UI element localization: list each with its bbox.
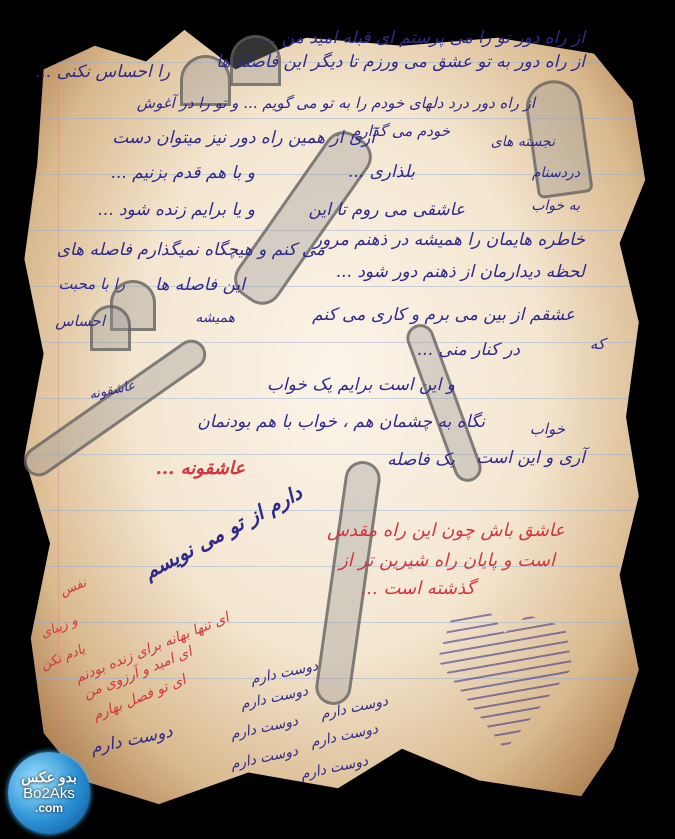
line-4: از راه دور درد دلهای خودم را به تو می گو… [137,94,535,112]
line-20: همیشه [195,310,235,326]
line-16: این فاصله ها [155,275,245,295]
line-26: خواب [530,420,565,438]
line-25: و این است برایم یک خواب [267,375,455,395]
watermark-persian: بدو عکس [21,770,77,785]
line-23: در کنار منی ... [417,340,520,360]
margin-line [58,22,59,812]
line-28: آری و این است [476,448,585,468]
line-3: را احساس نکنی ... [35,62,170,82]
line-9: و با هم قدم بزنیم ... [111,163,256,183]
line-17: را با محبت [58,275,125,293]
line-7: نجسته های [491,134,555,150]
line-11: و یا برایم زنده شود ... [97,200,255,220]
red-highlight: عاشقونه ... [156,458,245,479]
line-12: عاشقی می روم تا این [309,200,465,220]
line-6: خودم می گذارم [351,122,450,140]
red-line-1: عاشق باش چون این راه مقدس [327,520,565,541]
line-8: دردسنام [532,165,580,181]
line-13: به خواب [531,198,580,214]
line-1: از راه دور تو را می پرستم ای قبله امید م… [260,28,585,48]
line-2: از راه دور به تو عشق می ورزم تا دیگر این… [216,52,585,72]
line-15: می کنم و هیچگاه نمیگذارم فاصله های [57,240,325,260]
line-5: آری از همین راه دور نیز میتوان دست [112,128,375,148]
red-line-3: گذشته است ... [360,578,475,599]
line-14: خاطره هایمان را همیشه در ذهنم مرور [314,230,585,250]
watermark-logo: بدو عکس Bo2Aks .com [8,752,90,834]
line-22: که [590,335,605,353]
red-line-2: است و پایان راه شیرین تر از [339,550,555,571]
line-29: یک فاصله [387,450,455,470]
line-27: نگاه به چشمان هم ، خواب با هم بودنمان [197,412,485,432]
watermark-domain: .com [35,802,63,815]
line-10: بلذاری ... [348,162,415,182]
line-18: لحظه دیدارمان از ذهنم دور شود ... [336,262,585,282]
ruled-line [18,510,658,511]
line-19: احساس [55,312,105,330]
watermark-latin: Bo2Aks [23,786,75,803]
line-21: عشقم از بین می برم و کاری می کنم [312,305,575,325]
